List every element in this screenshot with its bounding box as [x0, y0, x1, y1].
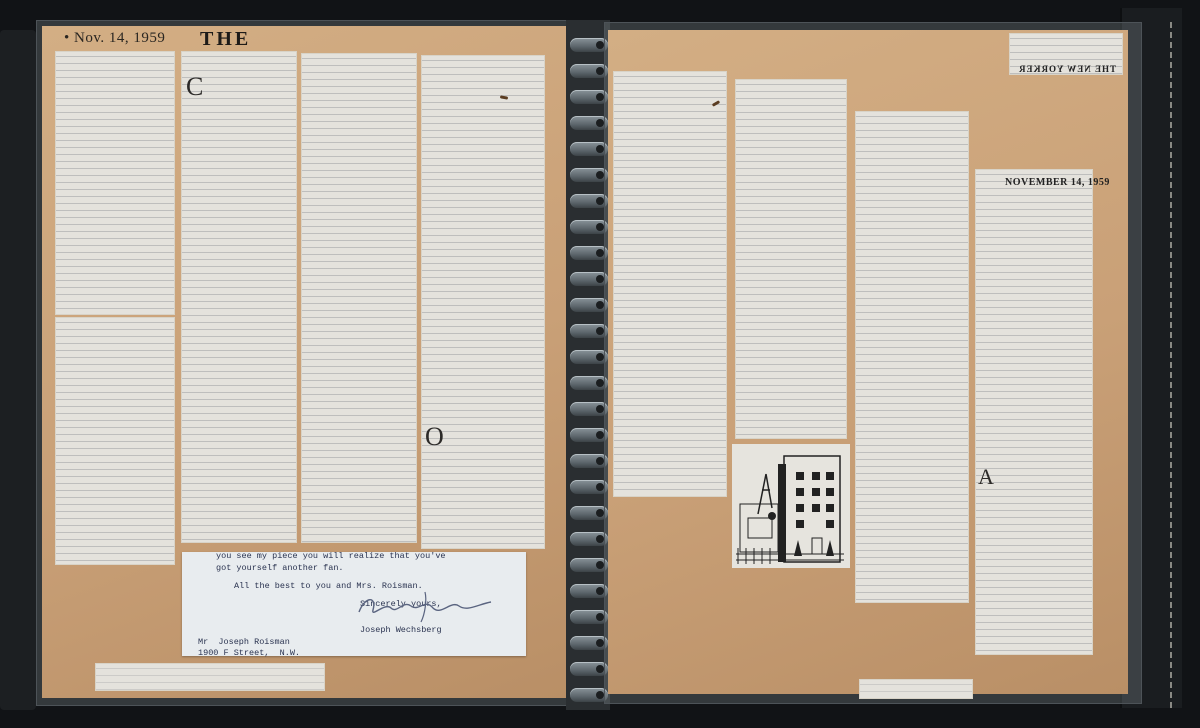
clipping-column [856, 112, 968, 602]
binder-ring [570, 64, 608, 78]
clipping-date: • Nov. 14, 1959 [64, 30, 165, 47]
binder-ring [570, 324, 608, 338]
binder-ring [570, 246, 608, 260]
clipping-column [56, 318, 174, 564]
cover-stitching [1170, 22, 1172, 712]
binder-ring [570, 454, 608, 468]
binder-cover-left [0, 30, 36, 710]
row-house-drawing-icon [732, 444, 850, 568]
drop-cap-o: O [425, 422, 444, 452]
masthead-fragment: THE [200, 28, 251, 51]
drop-cap-c: C [186, 72, 203, 102]
scrapbook-binder: • Nov. 14, 1959 THE C O you see my piece… [0, 0, 1200, 728]
binder-ring [570, 350, 608, 364]
binder-ring [570, 90, 608, 104]
letter-line: you see my piece you will realize that y… [216, 550, 446, 562]
clipping-column [736, 80, 846, 438]
binder-ring [570, 428, 608, 442]
handwritten-signature [355, 590, 495, 624]
binder-ring [570, 298, 608, 312]
building-illustration [732, 444, 850, 568]
binder-ring [570, 168, 608, 182]
binder-ring [570, 636, 608, 650]
binder-ring [570, 558, 608, 572]
binder-ring [570, 662, 608, 676]
letter-signer: Joseph Wechsberg [360, 624, 442, 636]
letter-line: got yourself another fan. [216, 562, 344, 574]
clipping-date: NOVEMBER 14, 1959 [1005, 177, 1110, 188]
clipping-column [614, 72, 726, 496]
binder-ring [570, 402, 608, 416]
clipping-strip-bottom [96, 664, 324, 690]
binder-ring [570, 220, 608, 234]
clipping-column [302, 54, 416, 542]
binder-ring [570, 376, 608, 390]
binder-ring [570, 272, 608, 286]
binder-ring [570, 506, 608, 520]
binder-ring [570, 688, 608, 702]
clipping-column [976, 170, 1092, 654]
new-yorker-label: THE NEW YORKER [1018, 64, 1116, 74]
binder-ring [570, 480, 608, 494]
binder-ring [570, 38, 608, 52]
binder-ring [570, 194, 608, 208]
clipping-column [182, 52, 296, 542]
binder-ring [570, 116, 608, 130]
binder-ring [570, 532, 608, 546]
clipping-column [56, 52, 174, 314]
drop-cap-a: A [978, 464, 994, 490]
clipping-strip-bottom [860, 680, 972, 698]
binder-ring [570, 142, 608, 156]
letter-address: 1900 F Street, N.W. [198, 647, 300, 659]
clipping-column [422, 56, 544, 548]
binder-ring [570, 610, 608, 624]
binder-ring [570, 584, 608, 598]
